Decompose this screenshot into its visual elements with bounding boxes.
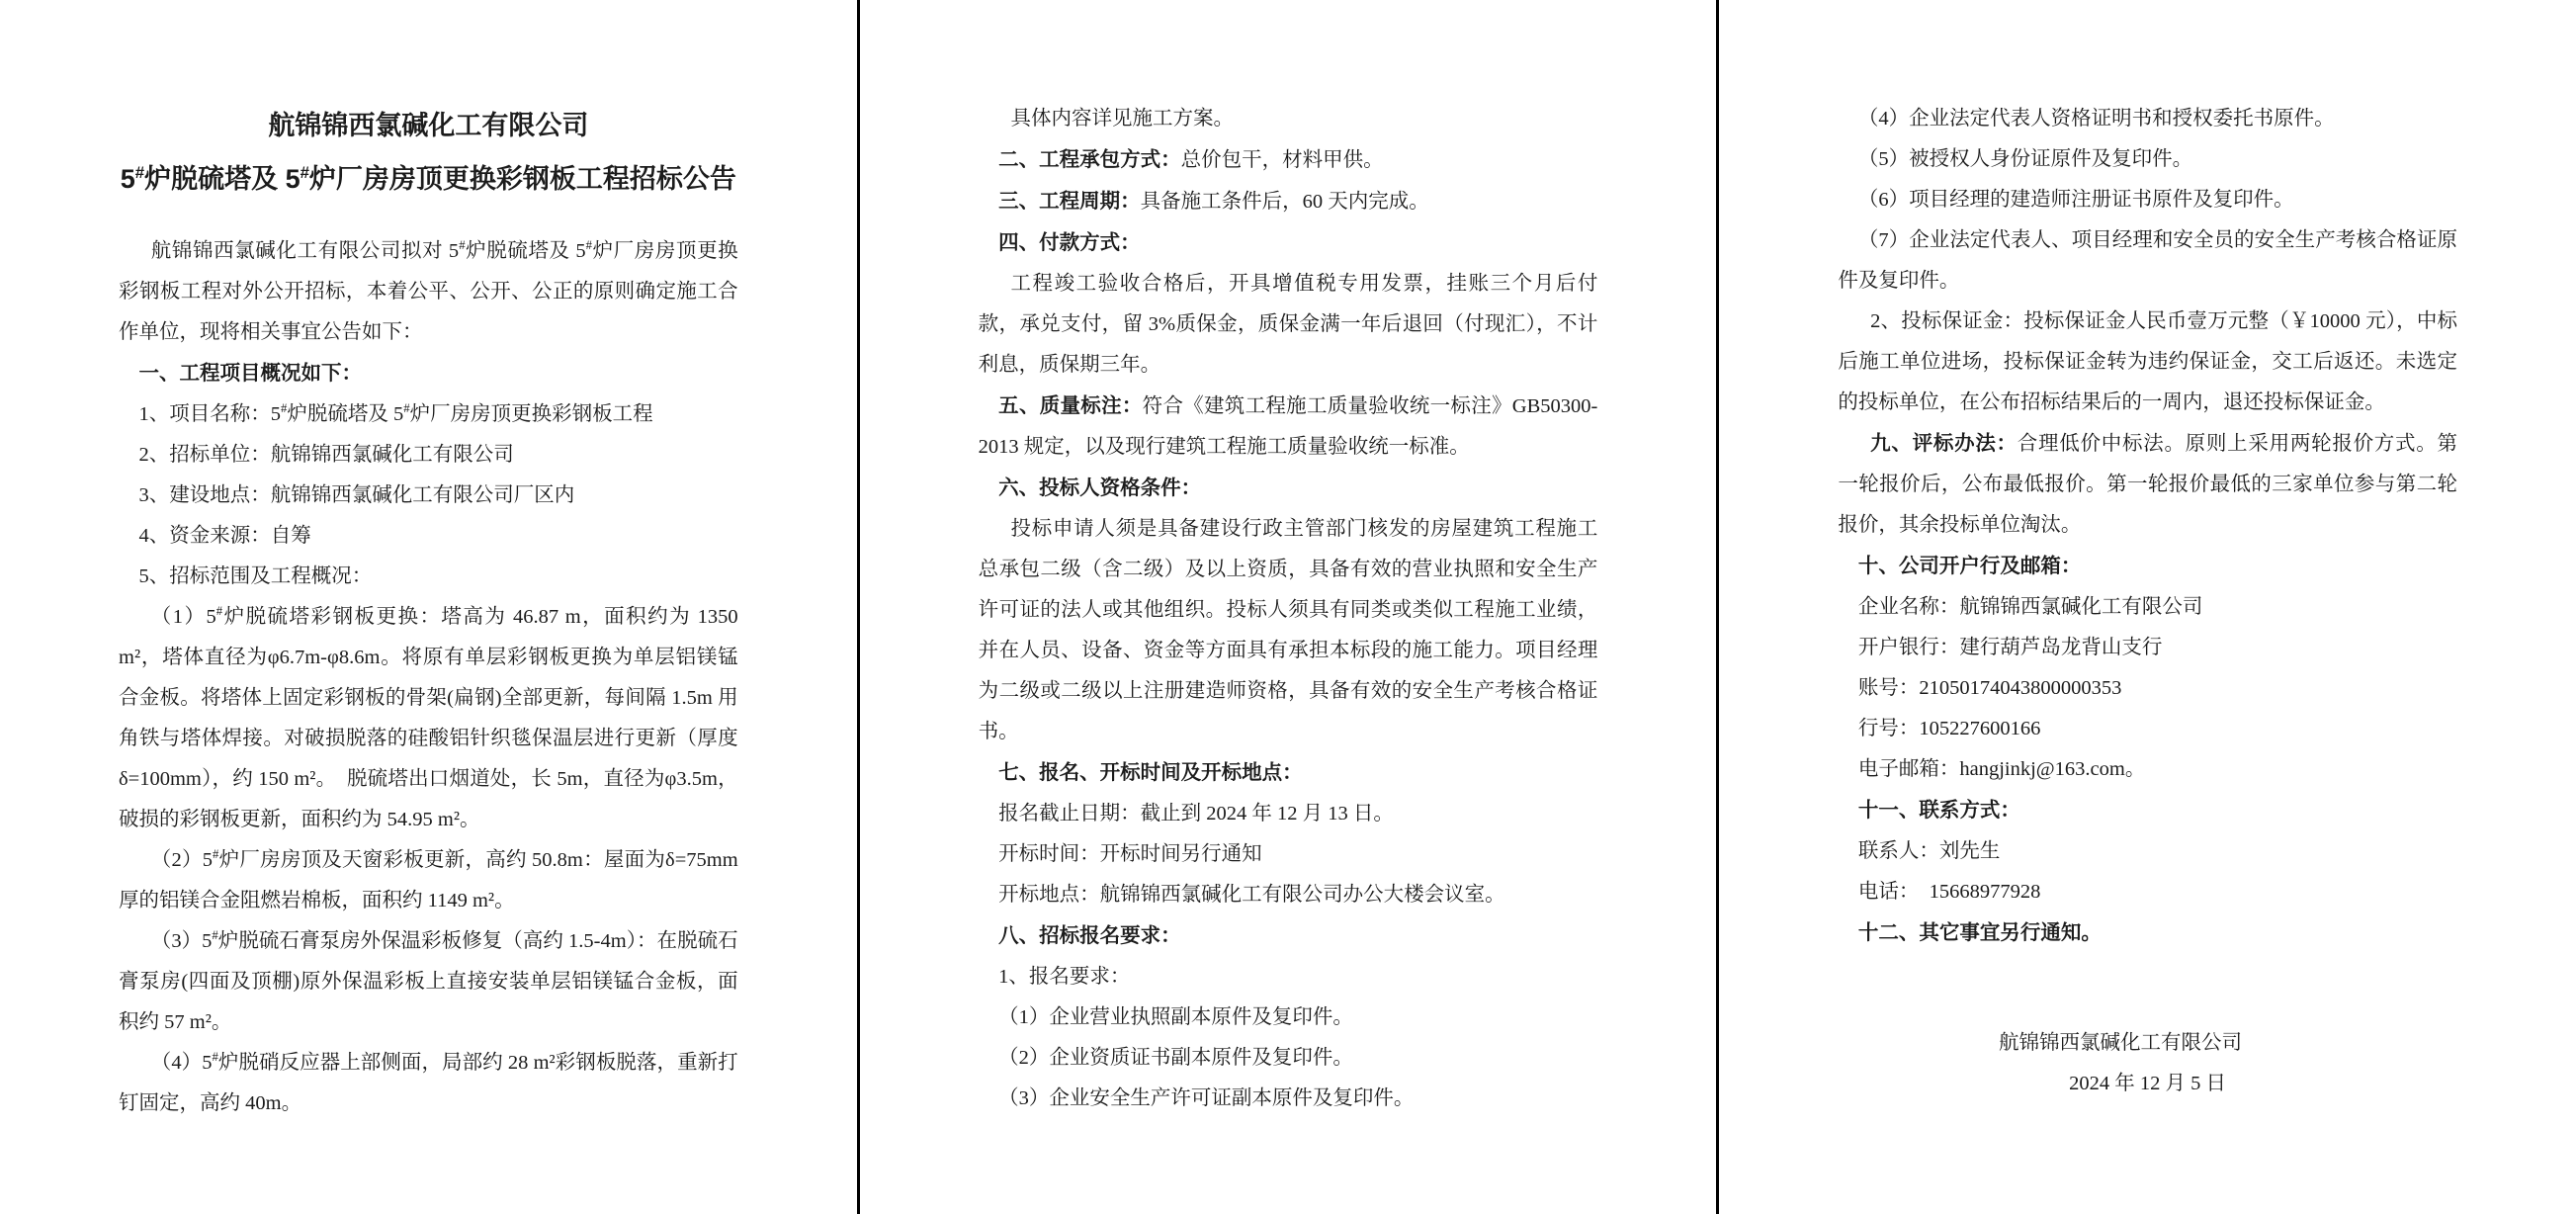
requirement-item-6: （6）项目经理的建造师注册证书原件及复印件。 bbox=[1838, 180, 2457, 220]
text-run: （3）企业安全生产许可证副本原件及复印件。 bbox=[998, 1087, 1414, 1109]
text-run: 开标地点：航锦锦西氯碱化工有限公司办公大楼会议室。 bbox=[998, 884, 1505, 906]
bold-text-run: 炉厂房房顶更换彩钢板工程招标公告 bbox=[309, 164, 736, 194]
text-run: 电话： 15668977928 bbox=[1858, 881, 2041, 903]
text-run: （4）5 bbox=[151, 1052, 213, 1074]
section-heading-12: 十二、其它事宜另行通知。 bbox=[1838, 912, 2457, 954]
text-run: 1、报名要求： bbox=[998, 966, 1130, 988]
text-run: 炉脱硫塔及 5 bbox=[287, 403, 403, 425]
page-2: 具体内容详见施工方案。二、工程承包方式：总价包干，材料甲供。三、工程周期：具备施… bbox=[860, 0, 1717, 1214]
bold-text-run: 一、工程项目概况如下： bbox=[139, 362, 363, 385]
text-run: 1、项目名称：5 bbox=[139, 403, 282, 425]
text-run: （2）5 bbox=[151, 849, 213, 871]
text-run: 联系人：刘先生 bbox=[1858, 840, 2001, 862]
list-item-tender-unit: 2、招标单位：航锦锦西氯碱化工有限公司 bbox=[119, 435, 738, 476]
text-run: （5）被授权人身份证原件及复印件。 bbox=[1858, 148, 2192, 170]
bold-text-run: 十、公司开户行及邮箱： bbox=[1858, 555, 2082, 577]
text-run: 账号：21050174043800000353 bbox=[1858, 677, 2122, 699]
bank-company-name: 企业名称：航锦锦西氯碱化工有限公司 bbox=[1838, 587, 2457, 628]
text-run: 具备施工条件后，60 天内完成。 bbox=[1141, 191, 1429, 213]
bold-text-run: 二、工程承包方式： bbox=[998, 148, 1181, 171]
section-heading-4: 四、付款方式： bbox=[979, 222, 1598, 264]
doc-title-line-2: 5#炉脱硫塔及 5#炉厂房房顶更换彩钢板工程招标公告 bbox=[119, 152, 738, 206]
bid-opening-place: 开标地点：航锦锦西氯碱化工有限公司办公大楼会议室。 bbox=[979, 875, 1598, 915]
text-run: 炉厂房房顶更换彩钢板工程 bbox=[410, 403, 653, 425]
text-run: 工程竣工验收合格后，开具增值税专用发票，挂账三个月后付款，承兑支付，留 3%质保… bbox=[979, 273, 1598, 376]
bold-text-run: 5 bbox=[121, 164, 135, 194]
bold-text-run: 九、评标办法： bbox=[1870, 432, 2018, 455]
bid-opening-time: 开标时间：开标时间另行通知 bbox=[979, 834, 1598, 875]
text-run: 炉脱硫塔彩钢板更换：塔高为 46.87 m，面积约为 1350 m²，塔体直径为… bbox=[119, 606, 743, 830]
bold-text-run: # bbox=[301, 163, 309, 182]
tender-announcement-document: 航锦锦西氯碱化工有限公司5#炉脱硫塔及 5#炉厂房房顶更换彩钢板工程招标公告航锦… bbox=[0, 0, 2576, 1214]
bold-text-run: 五、质量标注： bbox=[998, 394, 1143, 417]
requirement-item-4: （4）企业法定代表人资格证明书和授权委托书原件。 bbox=[1838, 99, 2457, 139]
scope-item-2: （2）5#炉厂房房顶及天窗彩板更新，高约 50.8m：屋面为δ=75mm 厚的铝… bbox=[119, 840, 738, 921]
requirement-item-5: （5）被授权人身份证原件及复印件。 bbox=[1838, 139, 2457, 180]
bold-text-run: 炉脱硫塔及 5 bbox=[144, 164, 301, 194]
list-item-scope: 5、招标范围及工程概况： bbox=[119, 557, 738, 597]
section-heading-8: 八、招标报名要求： bbox=[979, 915, 1598, 957]
scope-item-3: （3）5#炉脱硫石膏泵房外保温彩板修复（高约 1.5-4m）：在脱硫石膏泵房(四… bbox=[119, 921, 738, 1043]
text-run: （7）企业法定代表人、项目经理和安全员的安全生产考核合格证原件及复印件。 bbox=[1838, 229, 2457, 292]
text-run: 电子邮箱：hangjinkj@163.com。 bbox=[1858, 758, 2145, 780]
section-heading-10: 十、公司开户行及邮箱： bbox=[1838, 546, 2457, 587]
scope-item-4: （4）5#炉脱硝反应器上部侧面，局部约 28 m²彩钢板脱落，重新打钉固定，高约… bbox=[119, 1043, 738, 1124]
page-1: 航锦锦西氯碱化工有限公司5#炉脱硫塔及 5#炉厂房房顶更换彩钢板工程招标公告航锦… bbox=[0, 0, 857, 1214]
text-run: 2、投标保证金：投标保证金人民币壹万元整（￥10000 元），中标后施工单位进场… bbox=[1838, 310, 2457, 413]
requirement-item-2: （2）企业资质证书副本原件及复印件。 bbox=[979, 1038, 1598, 1079]
text-run: 具体内容详见施工方案。 bbox=[1010, 108, 1234, 130]
page-3: （4）企业法定代表人资格证明书和授权委托书原件。（5）被授权人身份证原件及复印件… bbox=[1719, 0, 2576, 1214]
section-heading-1: 一、工程项目概况如下： bbox=[119, 353, 738, 394]
text-run: （1）5 bbox=[151, 606, 216, 628]
text-run: 3、建设地点：航锦锦西氯碱化工有限公司厂区内 bbox=[139, 484, 575, 506]
requirement-item-1: （1）企业营业执照副本原件及复印件。 bbox=[979, 997, 1598, 1038]
text-run: 5、招标范围及工程概况： bbox=[139, 565, 373, 587]
text-run: （1）企业营业执照副本原件及复印件。 bbox=[998, 1006, 1353, 1028]
requirement-item-3: （3）企业安全生产许可证副本原件及复印件。 bbox=[979, 1079, 1598, 1119]
section-heading-6: 六、投标人资格条件： bbox=[979, 468, 1598, 509]
text-run: （3）5 bbox=[151, 930, 213, 952]
text-run: 行号：105227600166 bbox=[1858, 718, 2041, 739]
text-run: （2）企业资质证书副本原件及复印件。 bbox=[998, 1047, 1353, 1069]
email-address: 电子邮箱：hangjinkj@163.com。 bbox=[1838, 749, 2457, 790]
bank-branch-number: 行号：105227600166 bbox=[1838, 709, 2457, 749]
section-heading-5: 五、质量标注：符合《建筑工程施工质量验收统一标注》GB50300-2013 规定… bbox=[979, 386, 1598, 468]
text-run: 2、招标单位：航锦锦西氯碱化工有限公司 bbox=[139, 444, 514, 466]
section-heading-9: 九、评标办法：合理低价中标法。原则上采用两轮报价方式。第一轮报价后，公布最低报价… bbox=[1838, 423, 2457, 546]
text-run: 企业名称：航锦锦西氯碱化工有限公司 bbox=[1858, 596, 2203, 618]
text-run: 开标时间：开标时间另行通知 bbox=[998, 843, 1262, 865]
section-heading-11: 十一、联系方式： bbox=[1838, 790, 2457, 831]
bank-account-number: 账号：21050174043800000353 bbox=[1838, 668, 2457, 709]
bank-name: 开户银行：建行葫芦岛龙背山支行 bbox=[1838, 628, 2457, 668]
payment-paragraph: 工程竣工验收合格后，开具增值税专用发票，挂账三个月后付款，承兑支付，留 3%质保… bbox=[979, 264, 1598, 386]
text-run: 开户银行：建行葫芦岛龙背山支行 bbox=[1858, 637, 2163, 658]
list-item-funding: 4、资金来源：自筹 bbox=[119, 516, 738, 557]
registration-deadline: 报名截止日期：截止到 2024 年 12 月 13 日。 bbox=[979, 794, 1598, 834]
list-item-project-name: 1、项目名称：5#炉脱硫塔及 5#炉厂房房顶更换彩钢板工程 bbox=[119, 394, 738, 435]
bold-text-run: 六、投标人资格条件： bbox=[998, 477, 1201, 499]
requirement-subhead: 1、报名要求： bbox=[979, 957, 1598, 997]
section-heading-7: 七、报名、开标时间及开标地点： bbox=[979, 752, 1598, 794]
text-run: 航锦锦西氯碱化工有限公司拟对 5 bbox=[151, 240, 459, 262]
signature-company: 航锦锦西氯碱化工有限公司 bbox=[1838, 1023, 2457, 1064]
requirement-item-7: （7）企业法定代表人、项目经理和安全员的安全生产考核合格证原件及复印件。 bbox=[1838, 220, 2457, 302]
bold-text-run: 三、工程周期： bbox=[998, 190, 1141, 213]
bid-bond-paragraph: 2、投标保证金：投标保证金人民币壹万元整（￥10000 元），中标后施工单位进场… bbox=[1838, 302, 2457, 423]
section-heading-3: 三、工程周期：具备施工条件后，60 天内完成。 bbox=[979, 181, 1598, 222]
text-run: （4）企业法定代表人资格证明书和授权委托书原件。 bbox=[1858, 108, 2335, 130]
text-run: （6）项目经理的建造师注册证书原件及复印件。 bbox=[1858, 189, 2294, 211]
contact-person: 联系人：刘先生 bbox=[1838, 831, 2457, 872]
text-run: 2024 年 12 月 5 日 bbox=[2069, 1073, 2226, 1094]
intro-paragraph: 航锦锦西氯碱化工有限公司拟对 5#炉脱硫塔及 5#炉厂房房顶更换彩钢板工程对外公… bbox=[119, 231, 738, 353]
bold-text-run: 十一、联系方式： bbox=[1858, 799, 2020, 822]
text-run: 4、资金来源：自筹 bbox=[139, 525, 311, 547]
section-heading-2: 二、工程承包方式：总价包干，材料甲供。 bbox=[979, 139, 1598, 181]
qualification-paragraph: 投标申请人须是具备建设行政主管部门核发的房屋建筑工程施工总承包二级（含二级）及以… bbox=[979, 509, 1598, 752]
list-item-location: 3、建设地点：航锦锦西氯碱化工有限公司厂区内 bbox=[119, 476, 738, 516]
bold-text-run: 航锦锦西氯碱化工有限公司 bbox=[268, 111, 588, 140]
doc-title-line-1: 航锦锦西氯碱化工有限公司 bbox=[119, 99, 738, 152]
text-run: 报名截止日期：截止到 2024 年 12 月 13 日。 bbox=[998, 803, 1394, 824]
bold-text-run: # bbox=[135, 163, 144, 182]
bold-text-run: 七、报名、开标时间及开标地点： bbox=[998, 761, 1303, 784]
bold-text-run: 十二、其它事宜另行通知。 bbox=[1858, 921, 2102, 944]
contact-phone: 电话： 15668977928 bbox=[1838, 872, 2457, 912]
text-run: 总价包干，材料甲供。 bbox=[1181, 149, 1384, 171]
text-run: 炉脱硫塔及 5 bbox=[466, 240, 586, 262]
scope-item-1: （1）5#炉脱硫塔彩钢板更换：塔高为 46.87 m，面积约为 1350 m²，… bbox=[119, 597, 738, 840]
paragraph-plan-note: 具体内容详见施工方案。 bbox=[979, 99, 1598, 139]
text-run: 投标申请人须是具备建设行政主管部门核发的房屋建筑工程施工总承包二级（含二级）及以… bbox=[979, 518, 1598, 742]
bold-text-run: 四、付款方式： bbox=[998, 231, 1141, 254]
text-run: 航锦锦西氯碱化工有限公司 bbox=[1999, 1032, 2242, 1054]
bold-text-run: 八、招标报名要求： bbox=[998, 924, 1181, 947]
signature-date: 2024 年 12 月 5 日 bbox=[1838, 1064, 2457, 1104]
